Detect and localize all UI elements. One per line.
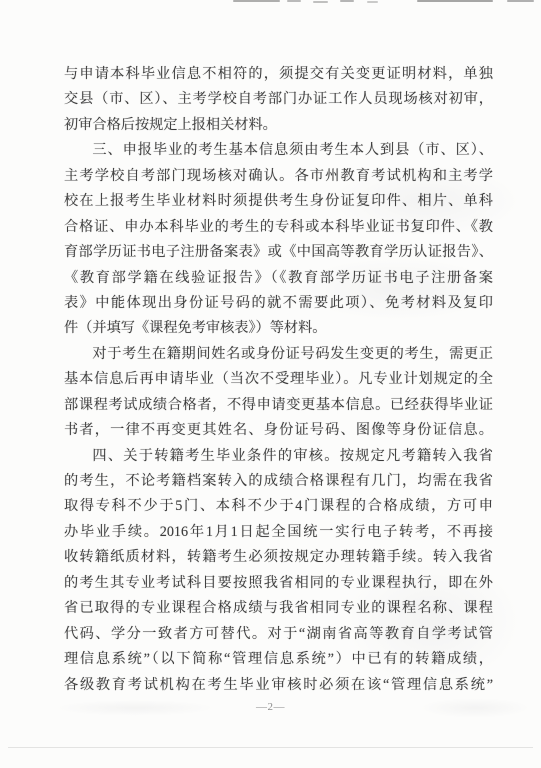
- text-line: 对于考生在籍期间姓名或身份证号码发生变更的考生，需更正: [64, 342, 493, 367]
- text-line: 四、关于转籍考生毕业条件的审核。按规定凡考籍转入我省: [64, 444, 493, 469]
- scan-smudge: [507, 0, 534, 2]
- text-line: 《教育部学籍在线验证报告》（《教育部学历证书电子注册备案: [64, 266, 493, 291]
- body-text: 与申请本科毕业信息不相符的，须提交有关变更证明材料，单独 交县（市、区）、主考学…: [64, 62, 493, 698]
- text-line: 理信息系统”（以下简称“管理信息系统”）中已有的转籍成绩，: [64, 647, 493, 672]
- text-line: 三、申报毕业的考生基本信息须由考生本人到县（市、区）、: [64, 138, 493, 163]
- text-line: 育部学历证书电子注册备案表》或《中国高等教育学历认证报告》、: [64, 240, 493, 265]
- text-line: 的考生其专业考试科目要按照我省相同的专业课程执行，即在外: [64, 571, 493, 596]
- text-line: 各级教育考试机构在考生毕业审核时必须在该“管理信息系统”: [64, 673, 493, 698]
- text-line: 省已取得的专业课程合格成绩与我省相同专业的课程名称、课程: [64, 596, 493, 621]
- text-line: 主考学校自考部门现场核对确认。各市州教育考试机构和主考学: [64, 164, 493, 189]
- document-page: 与申请本科毕业信息不相符的，须提交有关变更证明材料，单独 交县（市、区）、主考学…: [0, 0, 541, 768]
- text-line: 办毕业手续。2016年1月1日起全国统一实行电子转考，不再接: [64, 520, 493, 545]
- text-line: 件（并填写《课程免考审核表》）等材料。: [64, 316, 493, 341]
- text-line: 代码、学分一致者方可替代。对于“湖南省高等教育自学考试管: [64, 622, 493, 647]
- text-line: 校在上报考生毕业材料时须提供考生身份证复印件、相片、单科: [64, 189, 493, 214]
- text-line: 收转籍纸质材料，转籍考生必须按规定办理转籍手续。转入我省: [64, 545, 493, 570]
- text-line: 与申请本科毕业信息不相符的，须提交有关变更证明材料，单独: [64, 62, 493, 87]
- text-line: 初审合格后按规定上报相关材料。: [64, 113, 493, 138]
- page-number: —2—: [0, 701, 541, 713]
- text-line: 合格证、申办本科毕业的考生的专科或本科毕业证书复印件、《教: [64, 215, 493, 240]
- text-line: 的考生，不论考籍档案转入的成绩合格课程有几门，均需在我省: [64, 469, 493, 494]
- scan-smudge: [340, 0, 354, 2]
- scan-smudge: [287, 0, 301, 2]
- scan-smudge: [367, 1, 378, 3]
- text-line: 取得专科不少于5门、本科不少于4门课程的合格成绩，方可申: [64, 494, 493, 519]
- text-line: 基本信息后再申请毕业（当次不受理毕业）。凡专业计划规定的全: [64, 367, 493, 392]
- text-line: 表》中能体现出身份证号码的就不需要此项）、免考材料及复印: [64, 291, 493, 316]
- text-line: 书者，一律不再变更其姓名、身份证号码、图像等身份证信息。: [64, 418, 493, 443]
- text-line: 交县（市、区）、主考学校自考部门办证工作人员现场核对初审，: [64, 87, 493, 112]
- scan-smudge: [313, 1, 328, 3]
- scan-shadow-line: [8, 747, 533, 748]
- text-line: 部课程考试成绩合格者，不得申请变更基本信息。已经获得毕业证: [64, 393, 493, 418]
- scan-smudge: [417, 0, 493, 2]
- scan-smudge: [233, 0, 280, 2]
